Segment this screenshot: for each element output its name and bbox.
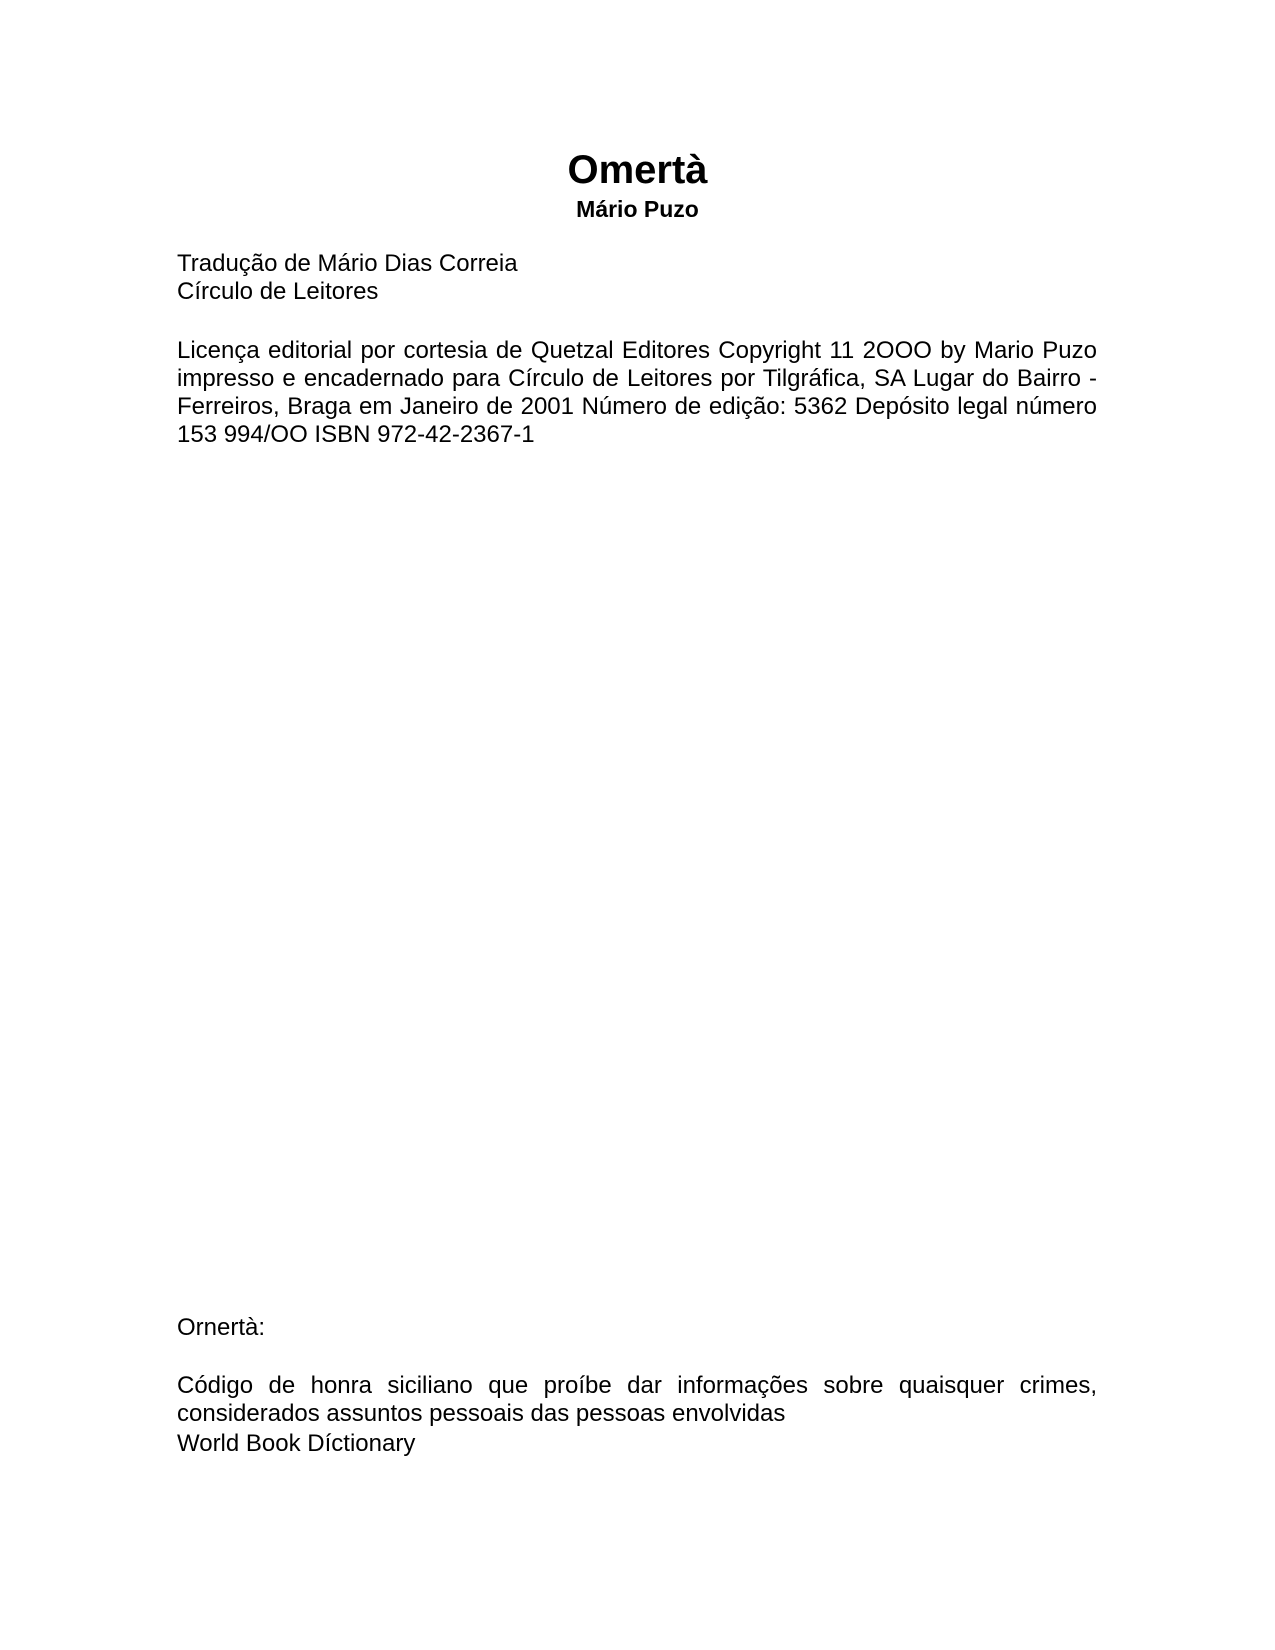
translation-credit: Tradução de Mário Dias Correia	[177, 250, 1097, 278]
publisher-name: Círculo de Leitores	[177, 278, 1097, 306]
epigraph-term: Ornertà:	[177, 1314, 1097, 1342]
book-title: Omertà	[0, 147, 1275, 193]
epigraph-definition: Código de honra siciliano que proíbe dar…	[177, 1372, 1097, 1428]
epigraph-source: World Book Díctionary	[177, 1430, 1097, 1458]
book-author: Mário Puzo	[0, 196, 1275, 222]
credits-block: Tradução de Mário Dias Correia Círculo d…	[177, 250, 1097, 306]
license-paragraph: Licença editorial por cortesia de Quetza…	[177, 337, 1097, 449]
